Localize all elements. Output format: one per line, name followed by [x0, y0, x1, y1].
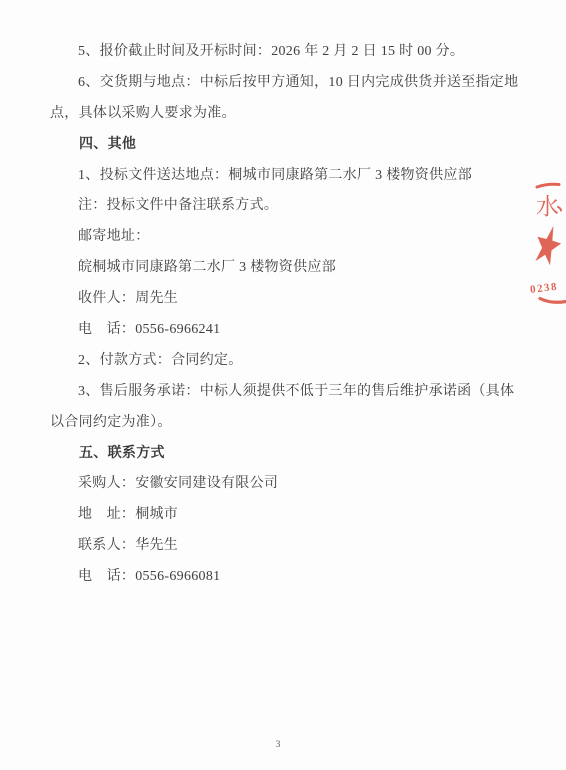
- doc-line: 电 话：0556-6966081: [50, 562, 516, 593]
- doc-line: 2、付款方式：合同约定。: [50, 346, 516, 377]
- doc-line: 以合同约定为准）。: [50, 408, 516, 439]
- doc-line: 点，具体以采购人要求为准。: [50, 99, 516, 130]
- doc-line: 地 址：桐城市: [50, 500, 516, 531]
- seal-serial-number: 0238: [529, 281, 558, 296]
- seal-star-icon: [531, 222, 565, 266]
- page-number: 3: [270, 740, 286, 750]
- seal-bottom-arc-icon: [540, 299, 566, 303]
- doc-line: 3、售后服务承诺：中标人须提供不低于三年的售后维护承诺函（具体: [50, 377, 516, 408]
- seal-character: 水: [536, 194, 559, 219]
- official-seal: 水 0238: [525, 178, 566, 308]
- document-body: 5、报价截止时间及开标时间：2026 年 2 月 2 日 15 时 00 分。 …: [50, 37, 516, 593]
- doc-line: 5、报价截止时间及开标时间：2026 年 2 月 2 日 15 时 00 分。: [50, 37, 516, 68]
- section-heading: 五、联系方式: [50, 439, 516, 470]
- doc-line: 联系人：华先生: [50, 531, 516, 562]
- doc-line: 6、交货期与地点：中标后按甲方通知，10 日内完成供货并送至指定地: [50, 68, 516, 99]
- section-heading: 四、其他: [50, 130, 516, 161]
- doc-line: 收件人：周先生: [50, 284, 516, 315]
- document-page: 5、报价截止时间及开标时间：2026 年 2 月 2 日 15 时 00 分。 …: [0, 0, 566, 770]
- doc-line: 邮寄地址：: [50, 222, 516, 253]
- doc-line: 电 话：0556-6966241: [50, 315, 516, 346]
- doc-line: 注：投标文件中备注联系方式。: [50, 191, 516, 222]
- doc-line: 1、投标文件送达地点：桐城市同康路第二水厂 3 楼物资供应部: [50, 161, 516, 192]
- doc-line: 采购人：安徽安同建设有限公司: [50, 469, 516, 500]
- seal-top-arc-icon: [537, 184, 559, 187]
- doc-line: 皖桐城市同康路第二水厂 3 楼物资供应部: [50, 253, 516, 284]
